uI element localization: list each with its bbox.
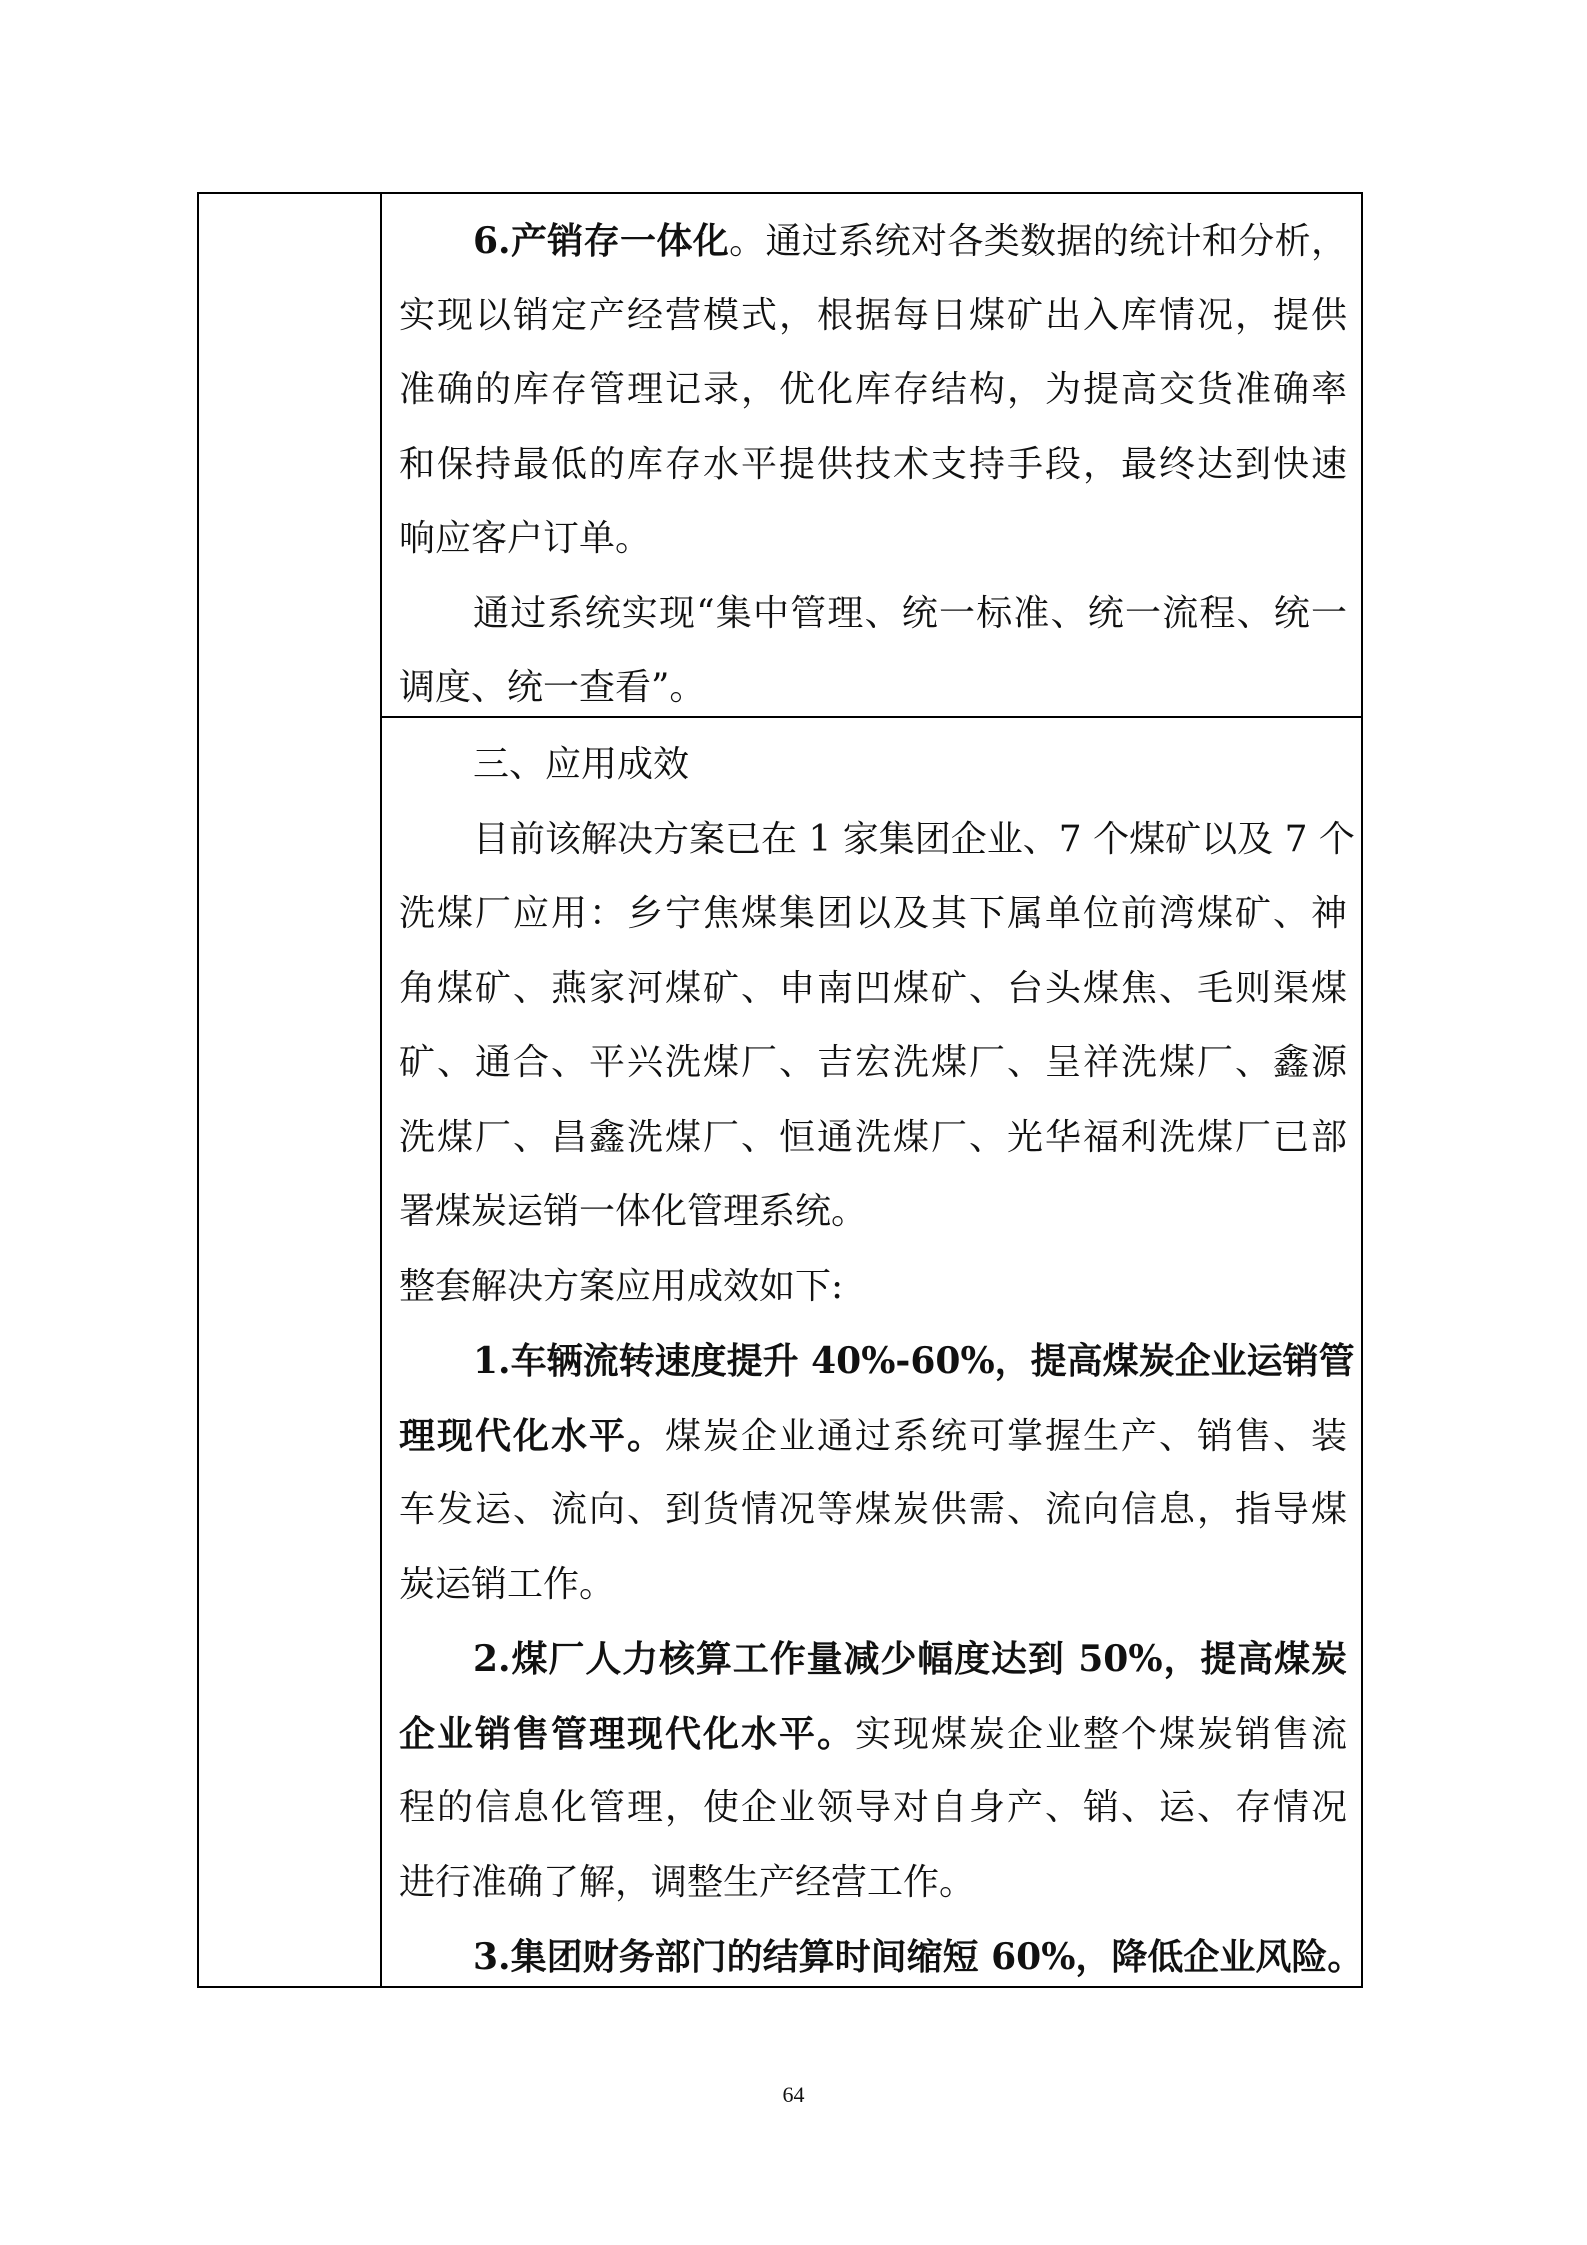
body-text: 调度、统一查看”。: [399, 667, 705, 708]
body-text: 车发运、流向、到货情况等煤炭供需、流向信息，指导煤: [399, 1489, 1347, 1530]
text-line: 车发运、流向、到货情况等煤炭供需、流向信息，指导煤: [399, 1473, 1347, 1548]
text-line: 角煤矿、燕家河煤矿、申南凹煤矿、台头煤焦、毛则渠煤: [399, 952, 1347, 1027]
text-line: 矿、通合、平兴洗煤厂、吉宏洗煤厂、呈祥洗煤厂、鑫源: [399, 1026, 1347, 1101]
body-text: 矿、通合、平兴洗煤厂、吉宏洗煤厂、呈祥洗煤厂、鑫源: [399, 1042, 1347, 1083]
text-line: 洗煤厂应用：乡宁焦煤集团以及其下属单位前湾煤矿、神: [399, 877, 1347, 952]
table-cell-integration-summary: 6.产销存一体化。通过系统对各类数据的统计和分析，实现以销定产经营模式，根据每日…: [382, 194, 1361, 718]
text-line: 理现代化水平。煤炭企业通过系统可掌握生产、销售、装: [399, 1399, 1347, 1474]
content-table: 6.产销存一体化。通过系统对各类数据的统计和分析，实现以销定产经营模式，根据每日…: [197, 192, 1363, 1988]
body-text: 角煤矿、燕家河煤矿、申南凹煤矿、台头煤焦、毛则渠煤: [399, 968, 1347, 1009]
text-line: 响应客户订单。: [399, 502, 1347, 577]
text-line: 目前该解决方案已在 1 家集团企业、7 个煤矿以及 7 个: [399, 803, 1347, 878]
text-line: 6.产销存一体化。通过系统对各类数据的统计和分析，: [399, 204, 1347, 279]
text-line: 准确的库存管理记录，优化库存结构，为提高交货准确率: [399, 353, 1347, 428]
text-line: 调度、统一查看”。: [399, 651, 1347, 726]
page-number: 64: [0, 2082, 1587, 2108]
body-text: 和保持最低的库存水平提供技术支持手段，最终达到快速: [399, 444, 1347, 485]
text-line: 三、应用成效: [399, 728, 1347, 803]
bold-heading-text: 企业销售管理现代化水平。: [399, 1713, 855, 1755]
body-text: 署煤炭运销一体化管理系统。: [399, 1191, 867, 1232]
body-text: 实现以销定产经营模式，根据每日煤矿出入库情况，提供: [399, 295, 1347, 336]
bold-heading-text: 2.煤厂人力核算工作量减少幅度达到 50%，提高煤炭: [473, 1638, 1347, 1680]
bold-heading-text: 1.车辆流转速度提升 40%-60%，提高煤炭企业运销管: [473, 1340, 1355, 1382]
body-text: 炭运销工作。: [399, 1564, 615, 1605]
text-line: 和保持最低的库存水平提供技术支持手段，最终达到快速: [399, 428, 1347, 503]
body-text: 。通过系统对各类数据的统计和分析，: [729, 221, 1347, 262]
text-line: 通过系统实现“集中管理、统一标准、统一流程、统一: [399, 577, 1347, 652]
text-line: 实现以销定产经营模式，根据每日煤矿出入库情况，提供: [399, 279, 1347, 354]
body-text: 进行准确了解，调整生产经营工作。: [399, 1862, 975, 1903]
body-text: 煤炭企业通过系统可掌握生产、销售、装: [665, 1416, 1347, 1457]
body-text: 整套解决方案应用成效如下:: [399, 1266, 843, 1307]
bold-heading-text: 理现代化水平。: [399, 1415, 665, 1457]
body-text: 程的信息化管理，使企业领导对自身产、销、运、存情况: [399, 1787, 1347, 1828]
body-text: 三、应用成效: [473, 744, 689, 785]
body-text: 通过系统实现“集中管理、统一标准、统一流程、统一: [473, 593, 1347, 634]
body-text: 洗煤厂应用：乡宁焦煤集团以及其下属单位前湾煤矿、神: [399, 893, 1347, 934]
body-text: 目前该解决方案已在 1 家集团企业、7 个煤矿以及 7 个: [473, 819, 1355, 860]
body-text: 实现煤炭企业整个煤炭销售流: [855, 1714, 1347, 1755]
text-line: 3.集团财务部门的结算时间缩短 60%，降低企业风险。: [399, 1920, 1347, 1995]
table-left-column-merged-cell: [199, 194, 382, 1986]
body-text: 准确的库存管理记录，优化库存结构，为提高交货准确率: [399, 369, 1347, 410]
bold-heading-text: 3.集团财务部门的结算时间缩短 60%，降低企业风险。: [473, 1936, 1363, 1978]
text-line: 企业销售管理现代化水平。实现煤炭企业整个煤炭销售流: [399, 1697, 1347, 1772]
bold-heading-text: 6.产销存一体化: [473, 220, 729, 262]
table-right-column: 6.产销存一体化。通过系统对各类数据的统计和分析，实现以销定产经营模式，根据每日…: [382, 194, 1361, 1986]
table-cell-application-results: 三、应用成效目前该解决方案已在 1 家集团企业、7 个煤矿以及 7 个洗煤厂应用…: [382, 718, 1361, 1986]
text-line: 洗煤厂、昌鑫洗煤厂、恒通洗煤厂、光华福利洗煤厂已部: [399, 1101, 1347, 1176]
text-line: 署煤炭运销一体化管理系统。: [399, 1175, 1347, 1250]
text-line: 整套解决方案应用成效如下:: [399, 1250, 1347, 1325]
text-line: 程的信息化管理，使企业领导对自身产、销、运、存情况: [399, 1771, 1347, 1846]
body-text: 响应客户订单。: [399, 518, 651, 559]
body-text: 洗煤厂、昌鑫洗煤厂、恒通洗煤厂、光华福利洗煤厂已部: [399, 1117, 1347, 1158]
text-line: 炭运销工作。: [399, 1548, 1347, 1623]
text-line: 2.煤厂人力核算工作量减少幅度达到 50%，提高煤炭: [399, 1622, 1347, 1697]
text-line: 1.车辆流转速度提升 40%-60%，提高煤炭企业运销管: [399, 1324, 1347, 1399]
text-line: 进行准确了解，调整生产经营工作。: [399, 1846, 1347, 1921]
